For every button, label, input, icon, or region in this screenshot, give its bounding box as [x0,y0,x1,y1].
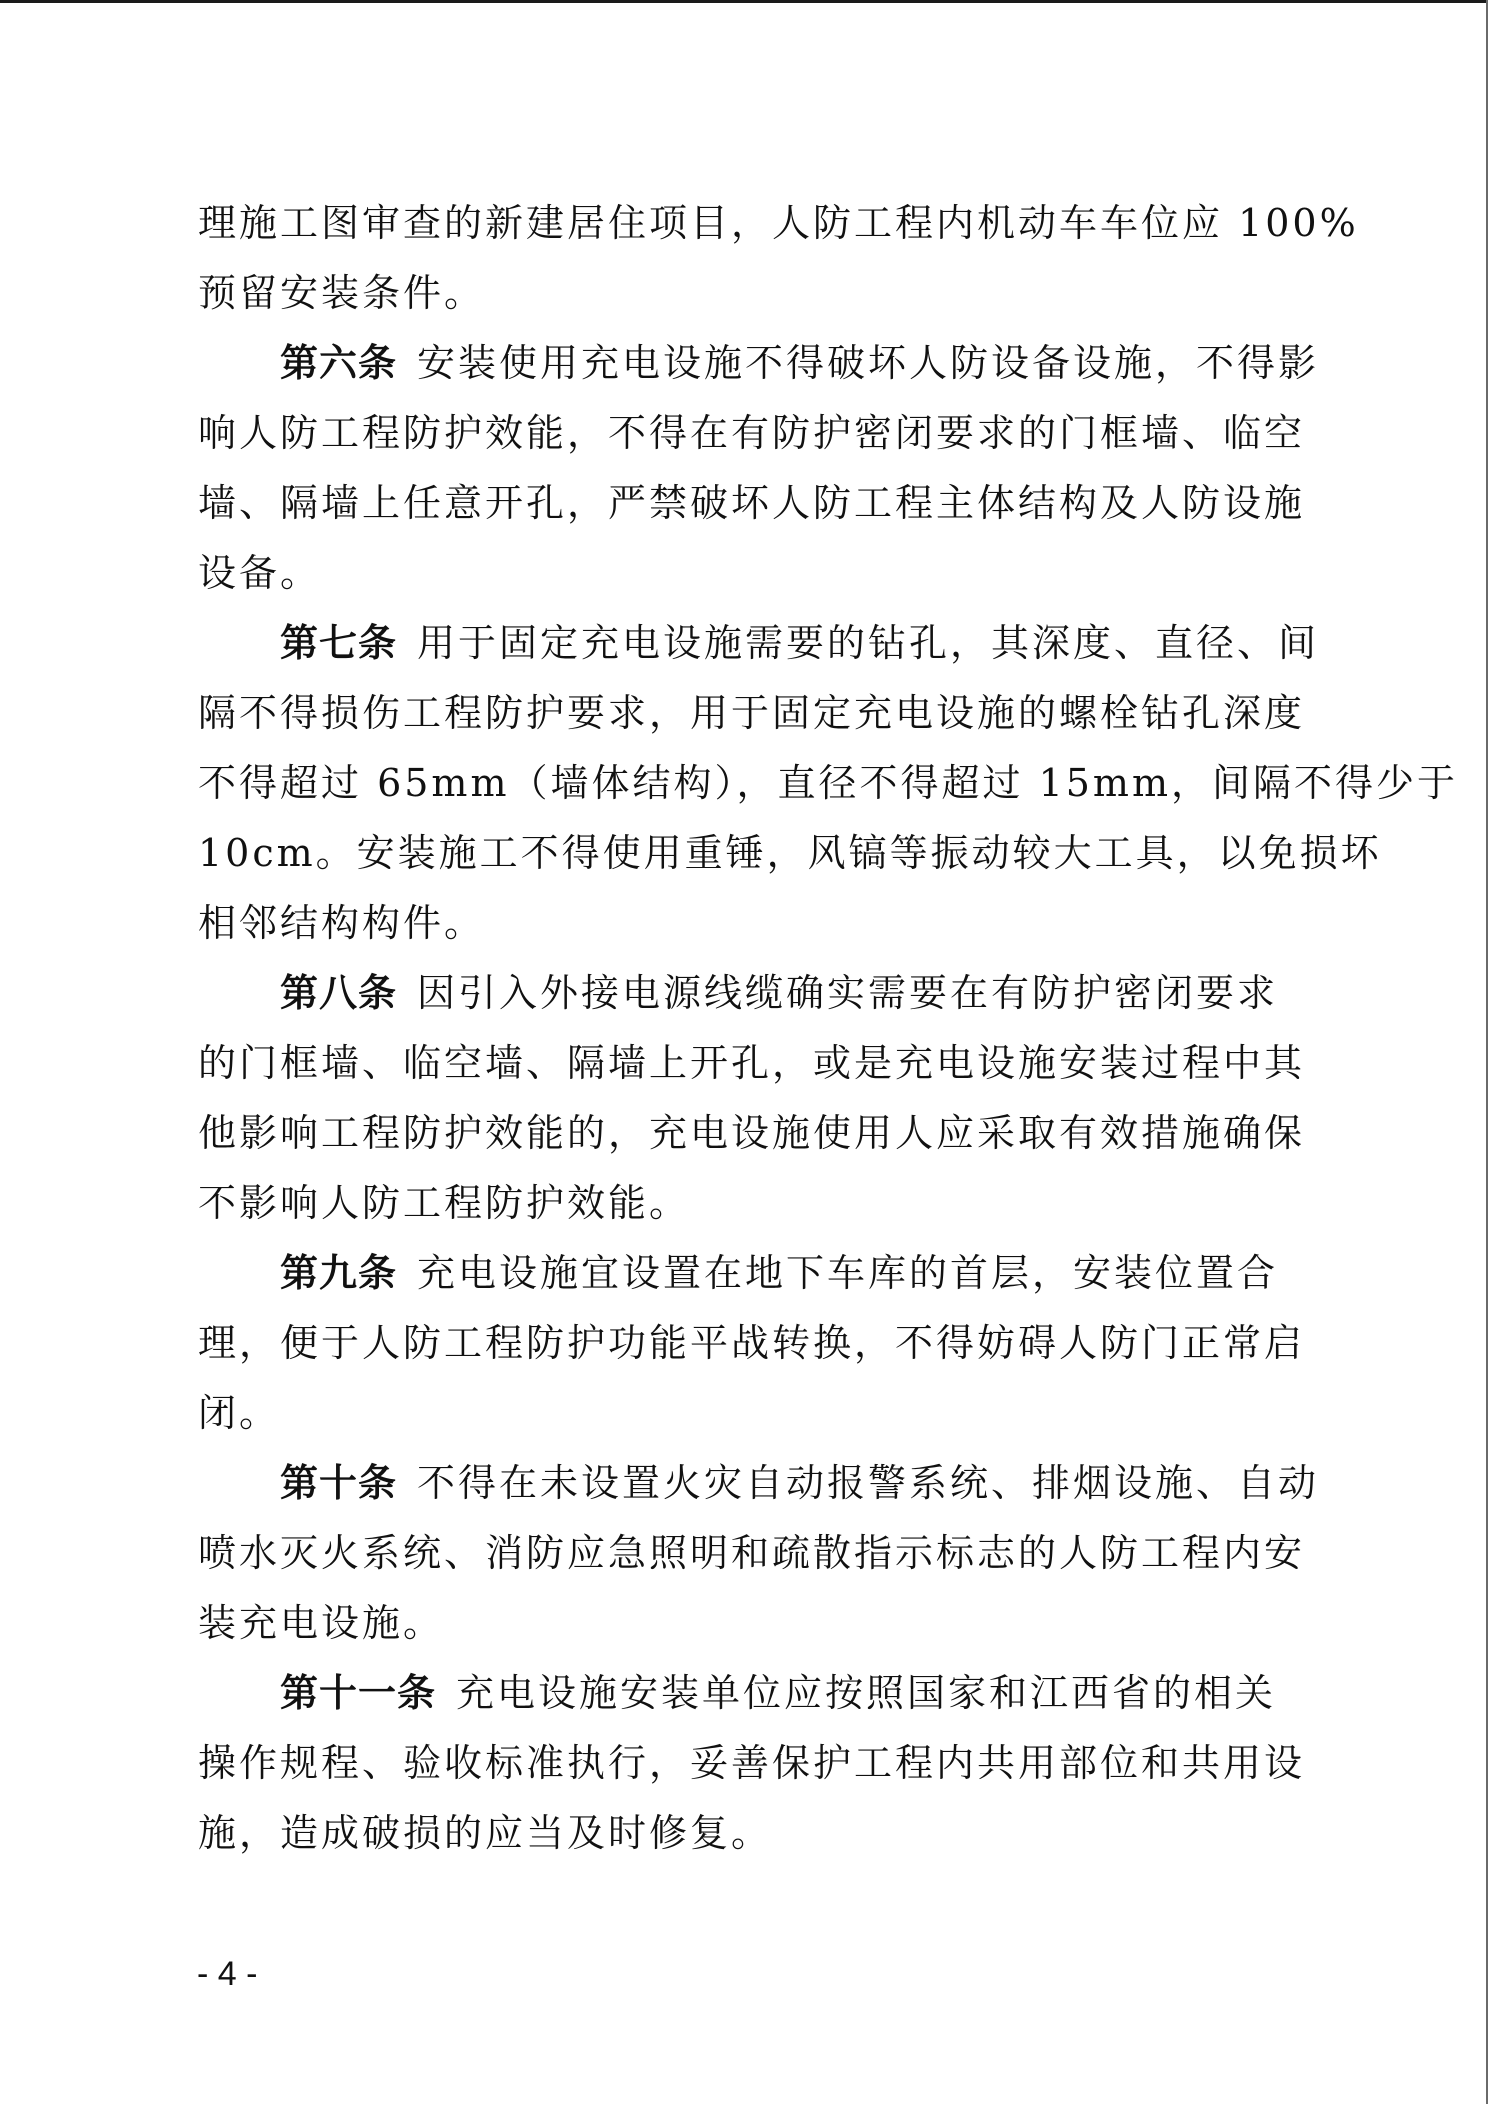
text-line: 装充电设施。 [198,1588,1308,1658]
text-segment: 隔不得损伤工程防护要求，用于固定充电设施的螺栓钻孔深度 [198,691,1305,735]
text-segment: 理施工图审查的新建居住项目，人防工程内机动车车位应 100% [198,201,1359,245]
text-line: 他影响工程防护效能的，充电设施使用人应采取有效措施确保 [198,1098,1308,1168]
text-line: 不得超过 65mm（墙体结构），直径不得超过 15mm，间隔不得少于 [198,748,1308,818]
text-line: 10cm。安装施工不得使用重锤，风镐等振动较大工具，以免损坏 [198,818,1308,888]
text-segment: 预留安装条件。 [198,271,485,315]
text-segment: 墙、隔墙上任意开孔，严禁破坏人防工程主体结构及人防设施 [198,481,1305,525]
text-segment: 装充电设施。 [198,1601,444,1645]
text-segment: 因引入外接电源线缆确实需要在有防护密闭要求 [417,971,1278,1015]
article-heading: 第十条 [280,1461,397,1505]
text-line: 预留安装条件。 [198,258,1308,328]
text-line: 的门框墙、临空墙、隔墙上开孔，或是充电设施安装过程中其 [198,1028,1308,1098]
text-segment: 不得超过 65mm（墙体结构），直径不得超过 15mm，间隔不得少于 [198,761,1458,805]
text-segment: 响人防工程防护效能，不得在有防护密闭要求的门框墙、临空 [198,411,1305,455]
text-line: 施，造成破损的应当及时修复。 [198,1798,1308,1868]
top-border [0,0,1488,3]
text-segment: 喷水灭火系统、消防应急照明和疏散指示标志的人防工程内安 [198,1531,1305,1575]
text-segment: 他影响工程防护效能的，充电设施使用人应采取有效措施确保 [198,1111,1305,1155]
article-6: 第六条安装使用充电设施不得破坏人防设备设施，不得影 [198,328,1308,398]
text-line: 设备。 [198,538,1308,608]
text-segment: 理，便于人防工程防护功能平战转换，不得妨碍人防门正常启 [198,1321,1305,1365]
text-segment: 的门框墙、临空墙、隔墙上开孔，或是充电设施安装过程中其 [198,1041,1305,1085]
article-heading: 第六条 [280,341,397,385]
text-segment: 用于固定充电设施需要的钻孔，其深度、直径、间 [417,621,1319,665]
document-body: 理施工图审查的新建居住项目，人防工程内机动车车位应 100% 预留安装条件。 第… [198,188,1308,1868]
text-line: 不影响人防工程防护效能。 [198,1168,1308,1238]
text-segment: 闭。 [198,1391,280,1435]
article-9: 第九条充电设施宜设置在地下车库的首层，安装位置合 [198,1238,1308,1308]
text-line: 隔不得损伤工程防护要求，用于固定充电设施的螺栓钻孔深度 [198,678,1308,748]
text-segment: 不影响人防工程防护效能。 [198,1181,690,1225]
text-line: 操作规程、验收标准执行，妥善保护工程内共用部位和共用设 [198,1728,1308,1798]
page-number: - 4 - [197,1952,257,1996]
article-8: 第八条因引入外接电源线缆确实需要在有防护密闭要求 [198,958,1308,1028]
text-line: 墙、隔墙上任意开孔，严禁破坏人防工程主体结构及人防设施 [198,468,1308,538]
text-segment: 不得在未设置火灾自动报警系统、排烟设施、自动 [417,1461,1319,1505]
text-segment: 安装使用充电设施不得破坏人防设备设施，不得影 [417,341,1319,385]
text-line: 闭。 [198,1378,1308,1448]
text-segment: 相邻结构构件。 [198,901,485,945]
article-heading: 第八条 [280,971,397,1015]
text-line: 理，便于人防工程防护功能平战转换，不得妨碍人防门正常启 [198,1308,1308,1378]
text-line: 喷水灭火系统、消防应急照明和疏散指示标志的人防工程内安 [198,1518,1308,1588]
text-line: 相邻结构构件。 [198,888,1308,958]
text-line: 理施工图审查的新建居住项目，人防工程内机动车车位应 100% [198,188,1308,258]
document-page: 理施工图审查的新建居住项目，人防工程内机动车车位应 100% 预留安装条件。 第… [0,0,1488,2104]
text-segment: 10cm。安装施工不得使用重锤，风镐等振动较大工具，以免损坏 [198,831,1382,875]
article-10: 第十条不得在未设置火灾自动报警系统、排烟设施、自动 [198,1448,1308,1518]
text-segment: 设备。 [198,551,321,595]
text-line: 响人防工程防护效能，不得在有防护密闭要求的门框墙、临空 [198,398,1308,468]
article-11: 第十一条充电设施安装单位应按照国家和江西省的相关 [198,1658,1308,1728]
text-segment: 施，造成破损的应当及时修复。 [198,1811,772,1855]
article-heading: 第十一条 [280,1671,436,1715]
article-7: 第七条用于固定充电设施需要的钻孔，其深度、直径、间 [198,608,1308,678]
text-segment: 充电设施宜设置在地下车库的首层，安装位置合 [417,1251,1278,1295]
text-segment: 充电设施安装单位应按照国家和江西省的相关 [456,1671,1276,1715]
text-segment: 操作规程、验收标准执行，妥善保护工程内共用部位和共用设 [198,1741,1305,1785]
article-heading: 第七条 [280,621,397,665]
article-heading: 第九条 [280,1251,397,1295]
